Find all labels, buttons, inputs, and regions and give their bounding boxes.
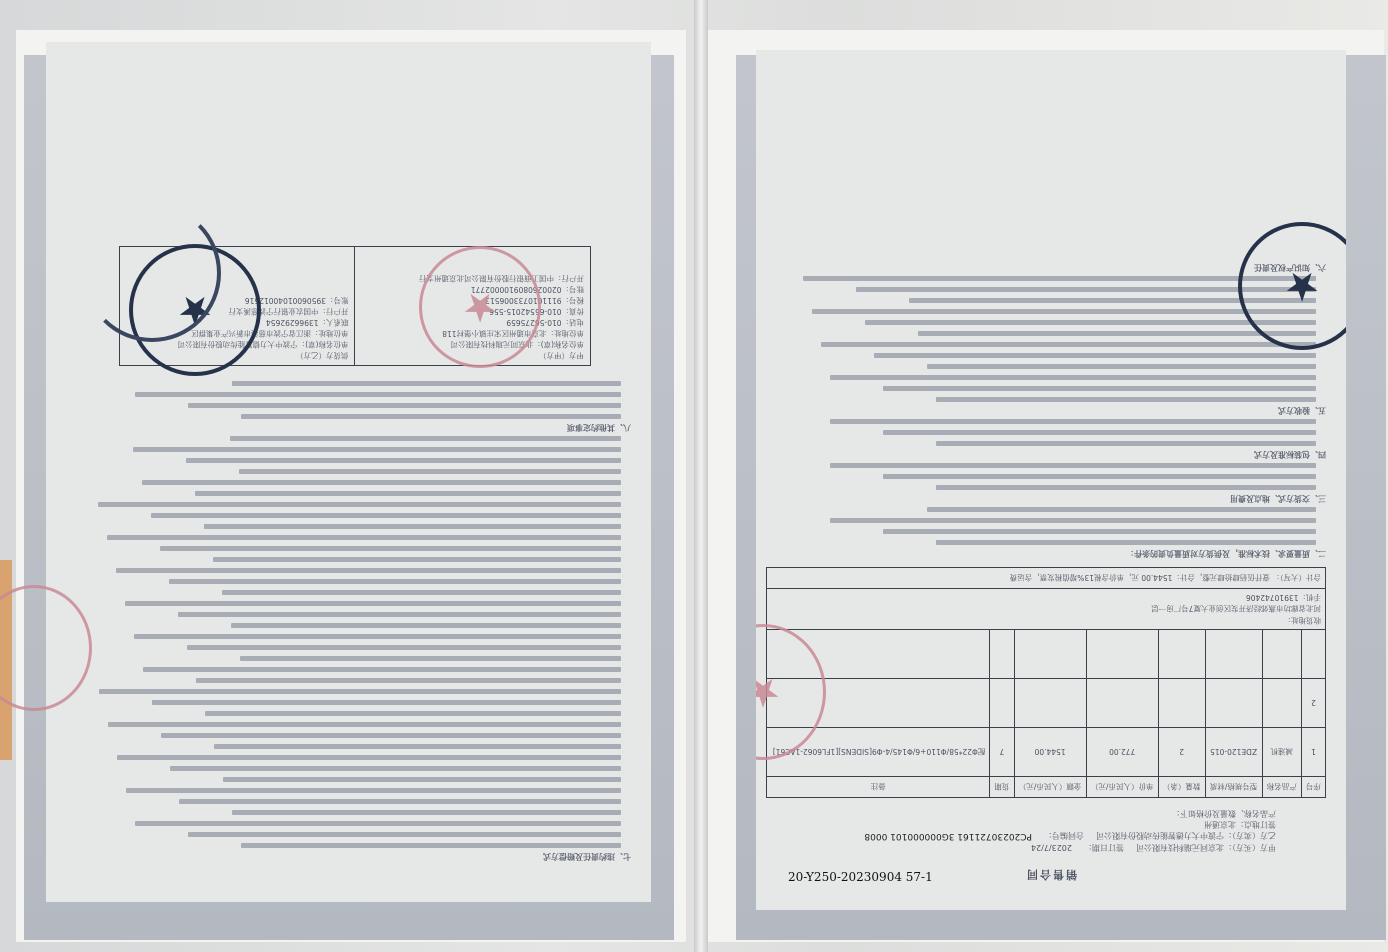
section-heading: 八、其他约定事项 [46,422,631,433]
cell-name [1262,678,1301,727]
right-sheet: 销售合同 甲方（买方）：北京同元瑞科技有限公司 签订日期： 2023/7/24 … [708,30,1384,942]
cell-model [1205,629,1262,678]
body-text-line [46,664,621,675]
sign-date: 2023/7/24 [1031,841,1072,852]
table-row: 1减速机ZDE120-0152772.001544.007配Φ22*58/Φ11… [767,727,1326,776]
column-header: 数量（条） [1158,776,1205,797]
body-text-line [756,383,1316,394]
section-heading: 五、验收方式 [756,405,1326,416]
body-text-line [46,554,621,565]
column-header: 备注 [767,776,990,797]
cell-amount [1014,678,1086,727]
body-text-line [46,774,621,785]
body-text-line [46,719,621,730]
body-text-line [46,587,621,598]
body-text-line [46,378,621,389]
cell-lead-time [990,678,1014,727]
star-icon: ★ [1284,266,1320,306]
body-text-line [46,620,621,631]
body-text-line [46,697,621,708]
body-text-line [46,411,621,422]
contract-number: PC20230721161 3G000000101 0008 [864,830,1032,841]
cell-unit-price [1086,629,1158,678]
body-text-line [46,708,621,719]
column-header: 产品名称 [1262,776,1301,797]
cell-qty [1158,629,1205,678]
body-text-line [756,471,1316,482]
body-text-line [46,598,621,609]
body-text-line [46,642,621,653]
body-text-line [756,504,1316,515]
column-header: 型号规格/材质 [1205,776,1262,797]
body-text-line [756,427,1316,438]
body-text-line [46,609,621,620]
star-icon: ★ [756,672,781,712]
cell-no: 2 [1301,678,1325,727]
total-text: 壹仟伍佰肆拾肆元整，合计：1544.00 元，单价含税13%增值税发票，含运费 [1010,573,1270,582]
table-row [767,629,1326,678]
body-text-line [756,438,1316,449]
contract-meta: 甲方（买方）：北京同元瑞科技有限公司 签订日期： 2023/7/24 乙方（卖方… [756,808,1276,853]
body-text-line [46,521,621,532]
left-sheet: 七、违约责任及赔偿方式 八、其他约定事项 甲方（甲方） 单位名称(章)：北京同元… [16,30,686,942]
buyer-red-stamp: ★ [419,246,541,368]
body-text-line [756,482,1316,493]
partial-blue-stamp [83,204,221,342]
cell-no [1301,629,1325,678]
body-text-line [756,306,1316,317]
star-icon: ★ [462,287,498,327]
column-header: 序号 [1301,776,1325,797]
body-text-line [756,339,1316,350]
total-label: 合计（大写）： [1272,573,1321,582]
body-text-line [756,350,1316,361]
handwritten-note: 20-Y250-20230904 57-1 [788,870,933,884]
body-text-line [46,796,621,807]
column-header: 单价（人民币/元） [1086,776,1158,797]
delivery-label: 收货地址： [771,614,1321,625]
body-text-line [46,741,621,752]
body-text-line [46,400,621,411]
cell-name [1262,629,1301,678]
body-text-line [46,829,621,840]
cell-name: 减速机 [1262,727,1301,776]
column-header: 货期 [990,776,1014,797]
page-gap [694,0,708,952]
body-text-line [46,840,621,851]
sign-place: 签订地点：北京通州 [756,819,1276,830]
body-text-line [756,317,1316,328]
body-text-line [46,653,621,664]
body-text-line [756,273,1316,284]
body-text-line [46,433,621,444]
cell-qty: 2 [1158,727,1205,776]
body-text-line [756,394,1316,405]
body-text-line [756,537,1316,548]
body-text-line [46,532,621,543]
section-heading: 四、包装标准及方式 [756,449,1326,460]
total-row: 合计（大写）： 壹仟伍佰肆拾肆元整，合计：1544.00 元，单价含税13%增值… [767,567,1326,588]
body-text-line [756,416,1316,427]
body-text-line [46,818,621,829]
body-text-line [46,477,621,488]
cell-lead-time: 7 [990,727,1014,776]
body-text-line [46,686,621,697]
body-text-line [46,807,621,818]
section-heading: 二、质量要求、技术标准，及供货方对质量负责的条件： [756,548,1326,559]
body-text-line [46,488,621,499]
cell-lead-time [990,629,1014,678]
body-text-line [46,730,621,741]
body-text-line [46,763,621,774]
body-text-line [46,631,621,642]
cell-unit-price [1086,678,1158,727]
cell-unit-price: 772.00 [1086,727,1158,776]
body-text-line [756,361,1316,372]
body-text-line [756,515,1316,526]
cell-amount: 1544.00 [1014,727,1086,776]
body-text-line [756,284,1316,295]
body-text-line [46,466,621,477]
section-heading: 三、交货方式、地点及费用 [756,493,1326,504]
buyer-line: 甲方（买方）：北京同元瑞科技有限公司 [1136,841,1276,852]
table-row: 2 [767,678,1326,727]
body-text-line [46,499,621,510]
body-text-line [46,752,621,763]
cell-no: 1 [1301,727,1325,776]
body-text-line [756,328,1316,339]
body-text-line [46,565,621,576]
cell-model [1205,678,1262,727]
delivery-address: 河北省廊坊市燕郊经济开发区创业大厦7号厂房一层 [771,603,1321,614]
seller-line: 乙方（卖方）：宁波中大力德智能传动股份有限公司 [1096,830,1276,841]
sign-date-label: 签订日期： [1084,841,1124,852]
right-contract-page: 销售合同 甲方（买方）：北京同元瑞科技有限公司 签订日期： 2023/7/24 … [756,50,1346,910]
delivery-info: 收货地址： 河北省廊坊市燕郊经济开发区创业大厦7号厂房一层 手机：1391074… [767,588,1326,629]
body-text-line [46,455,621,466]
body-text-line [46,389,621,400]
body-text-line [46,543,621,554]
section-heading: 七、违约责任及赔偿方式 [46,851,631,862]
cell-qty [1158,678,1205,727]
body-text-line [46,444,621,455]
cell-model: ZDE120-015 [1205,727,1262,776]
body-text-line [756,526,1316,537]
body-text-line [756,372,1316,383]
left-contract-page: 七、违约责任及赔偿方式 八、其他约定事项 甲方（甲方） 单位名称(章)：北京同元… [46,42,651,902]
body-text-line [46,785,621,796]
body-text-line [46,675,621,686]
column-header: 金额（人民币/元） [1014,776,1086,797]
cell-amount [1014,629,1086,678]
contract-no-label: 合同编号： [1044,830,1084,841]
items-intro: 产品名称、数量及价格如下： [756,808,1276,819]
delivery-phone: 手机：13910742406 [771,592,1321,603]
body-text-line [756,295,1316,306]
body-text-line [46,576,621,587]
items-table: 序号产品名称型号规格/材质数量（条）单价（人民币/元）金额（人民币/元）货期备注… [766,567,1326,798]
body-text-line [756,460,1316,471]
body-text-line [46,510,621,521]
